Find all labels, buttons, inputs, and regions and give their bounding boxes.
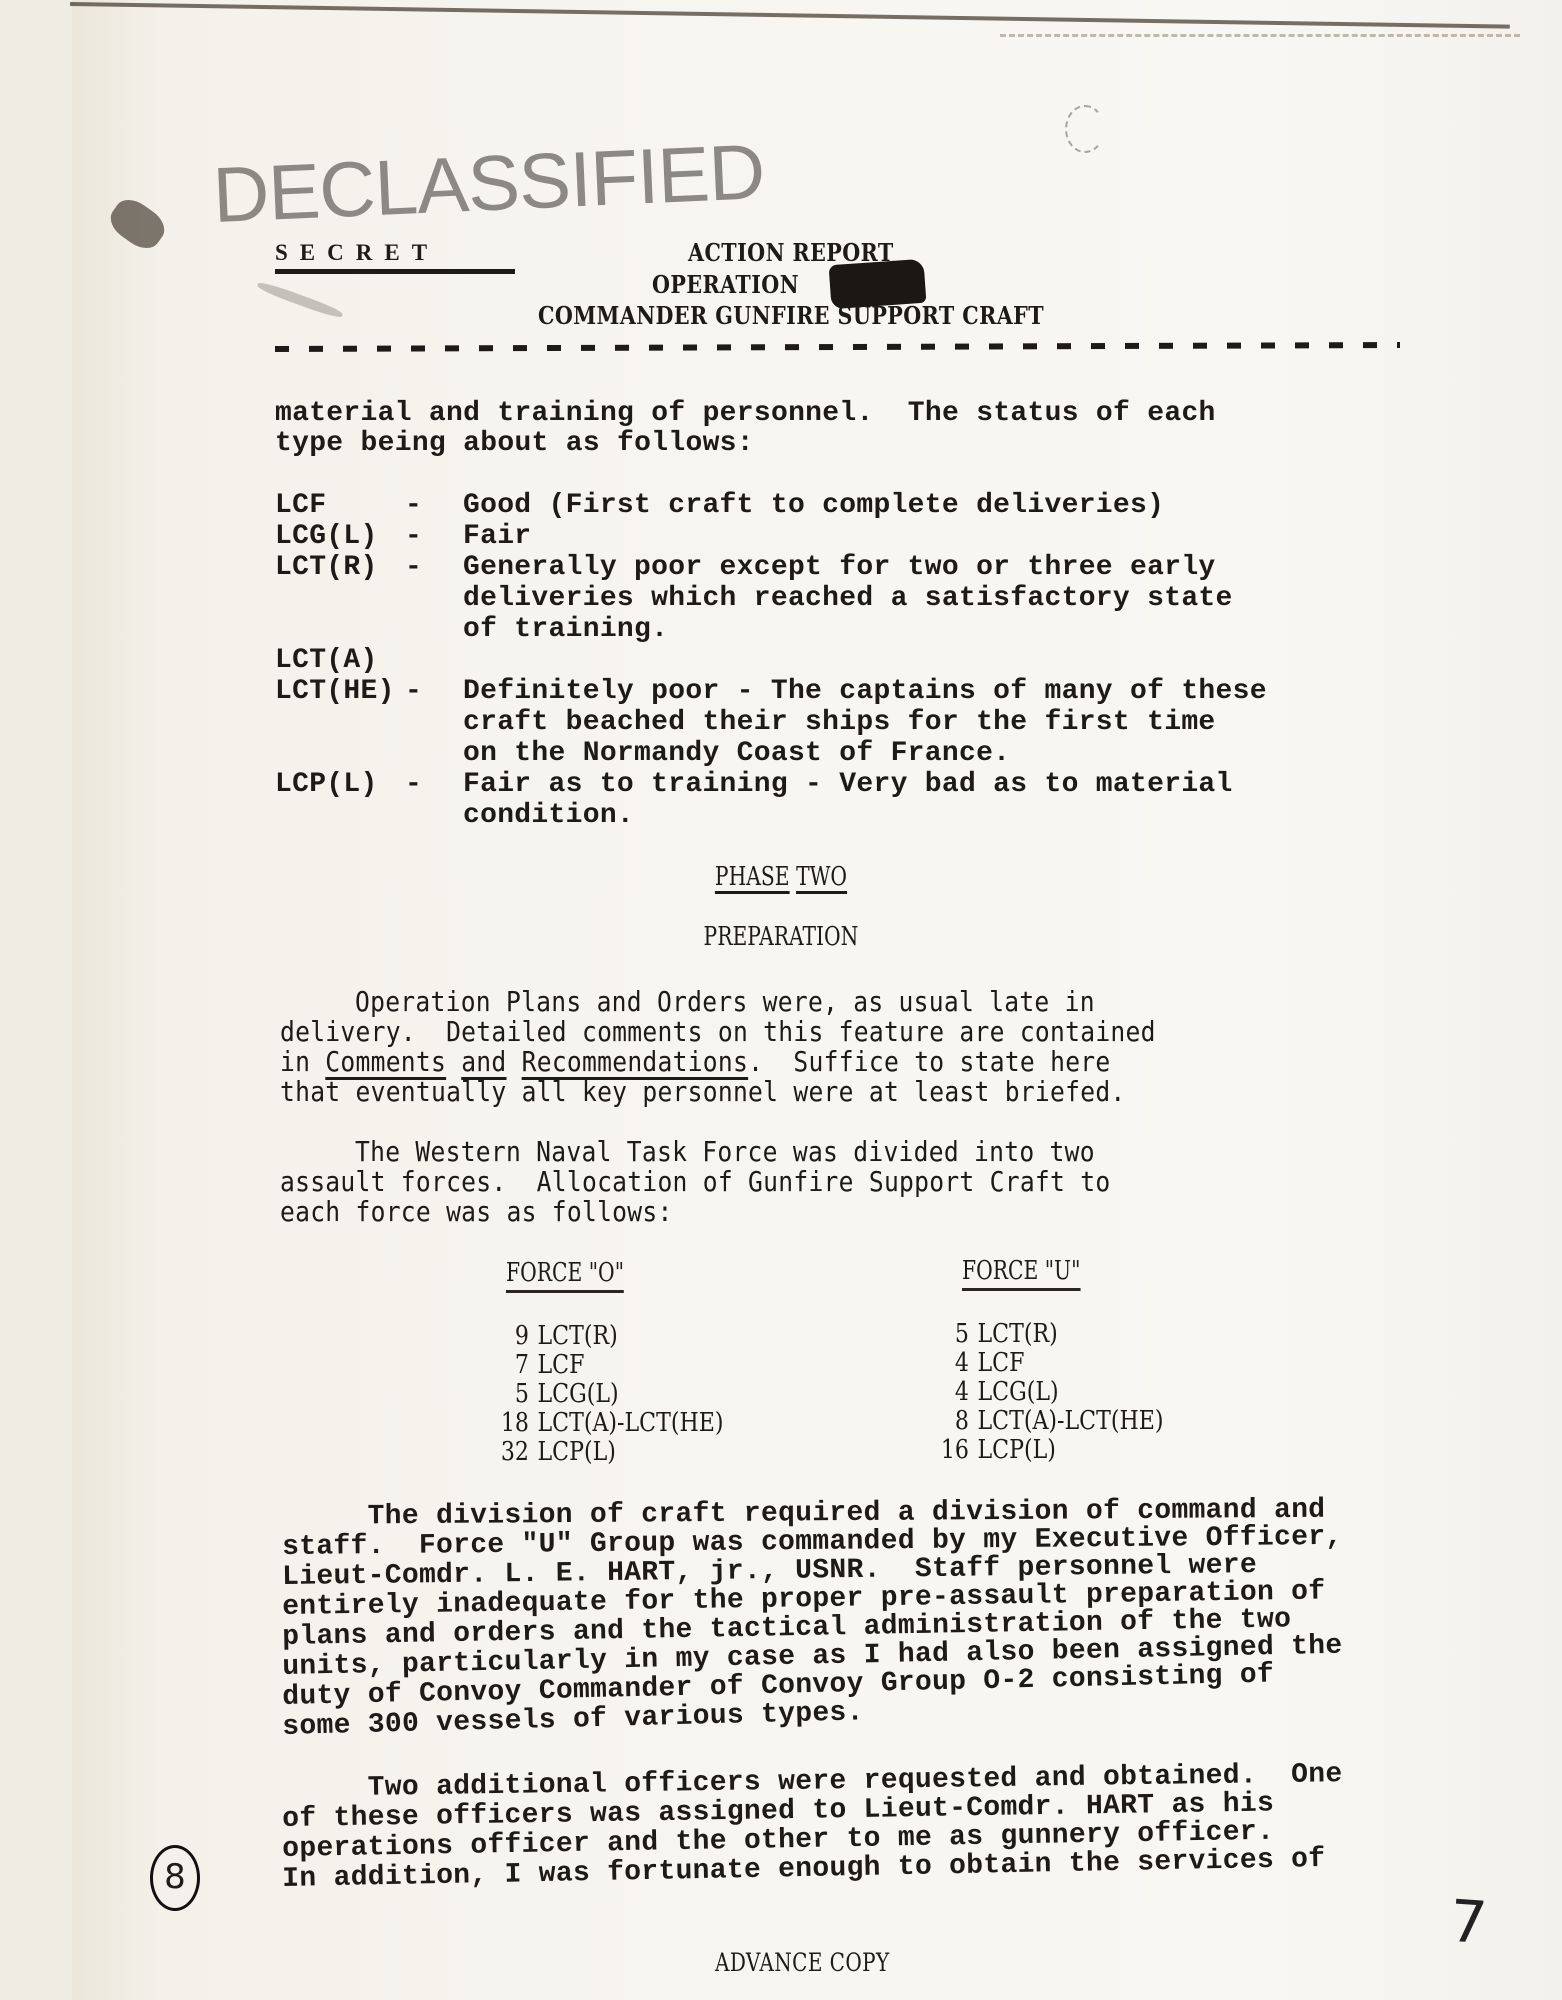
status-type: LCP(L) bbox=[275, 769, 378, 800]
status-separator: - bbox=[405, 676, 422, 707]
page-top-edge-faded bbox=[1000, 34, 1520, 40]
craft-quantity: 4 bbox=[935, 1378, 969, 1407]
advance-copy-label: ADVANCE COPY bbox=[715, 1948, 890, 1977]
craft-type: LCT(A)-LCT(HE) bbox=[978, 1406, 1164, 1436]
craft-type: LCT(R) bbox=[538, 1321, 618, 1351]
para2-line-2: assault forces. Allocation of Gunfire Su… bbox=[280, 1166, 1110, 1197]
force-item: 16LCP(L) bbox=[935, 1436, 1163, 1465]
header-command: COMMANDER GUNFIRE SUPPORT CRAFT bbox=[538, 301, 1044, 330]
status-description: Fair bbox=[463, 521, 531, 552]
force-item: 5LCT(R) bbox=[935, 1320, 1163, 1349]
status-separator: - bbox=[405, 769, 422, 800]
status-separator: - bbox=[405, 552, 422, 583]
para1-line-2: delivery. Detailed comments on this feat… bbox=[280, 1016, 1156, 1047]
punch-hole-mark bbox=[1065, 105, 1105, 153]
text: . Suffice to state here bbox=[748, 1045, 1110, 1078]
handwritten-page-number: 7 bbox=[1448, 1887, 1490, 1957]
craft-type: LCG(L) bbox=[978, 1377, 1059, 1407]
craft-quantity: 8 bbox=[935, 1407, 969, 1436]
craft-type: LCT(A)-LCT(HE) bbox=[538, 1408, 724, 1438]
phase-number: TWO bbox=[796, 862, 847, 892]
craft-quantity: 5 bbox=[495, 1380, 529, 1409]
force-u-heading: FORCE "U" bbox=[962, 1256, 1080, 1291]
craft-type: LCG(L) bbox=[538, 1379, 619, 1409]
para2-line-3: each force was as follows: bbox=[280, 1196, 673, 1227]
ref-and: and bbox=[461, 1045, 506, 1078]
craft-type: LCP(L) bbox=[978, 1435, 1056, 1465]
phase-heading: PHASE TWO bbox=[172, 862, 1390, 892]
status-description: of training. bbox=[463, 614, 668, 645]
force-item: 8LCT(A)-LCT(HE) bbox=[935, 1407, 1163, 1436]
craft-type: LCF bbox=[978, 1348, 1025, 1378]
status-type: LCT(R) bbox=[275, 552, 378, 583]
craft-type: LCT(R) bbox=[978, 1319, 1058, 1349]
classification-label: SECRET bbox=[275, 240, 515, 274]
intro-line-1: material and training of personnel. The … bbox=[275, 398, 1216, 429]
force-item: 4LCF bbox=[935, 1349, 1163, 1378]
craft-quantity: 9 bbox=[495, 1322, 529, 1351]
craft-quantity: 7 bbox=[495, 1351, 529, 1380]
circled-page-number: 8 bbox=[150, 1845, 200, 1911]
status-description: Good (First craft to complete deliveries… bbox=[463, 490, 1164, 521]
para1-line-4: that eventually all key personnel were a… bbox=[280, 1076, 1126, 1107]
force-item: 5LCG(L) bbox=[495, 1380, 723, 1409]
phase-word: PHASE bbox=[715, 862, 790, 892]
status-separator: - bbox=[405, 521, 422, 552]
craft-quantity: 18 bbox=[495, 1409, 529, 1438]
intro-line-2: type being about as follows: bbox=[275, 428, 754, 459]
text: in bbox=[280, 1045, 325, 1078]
para2-line-1: The Western Naval Task Force was divided… bbox=[355, 1136, 1095, 1167]
force-item: 9LCT(R) bbox=[495, 1322, 723, 1351]
status-description: Generally poor except for two or three e… bbox=[463, 552, 1216, 583]
craft-quantity: 5 bbox=[935, 1320, 969, 1349]
para1-line-3: in Comments and Recommendations. Suffice… bbox=[280, 1046, 1110, 1077]
force-u-list: 5LCT(R)4LCF4LCG(L)8LCT(A)-LCT(HE)16LCP(L… bbox=[935, 1320, 1163, 1465]
status-description: Definitely poor - The captains of many o… bbox=[463, 676, 1267, 707]
para1-line-1: Operation Plans and Orders were, as usua… bbox=[355, 986, 1095, 1017]
force-item: 4LCG(L) bbox=[935, 1378, 1163, 1407]
status-type: LCG(L) bbox=[275, 521, 378, 552]
status-type: LCT(A) bbox=[275, 645, 378, 676]
status-description: condition. bbox=[463, 800, 634, 831]
ref-recommendations: Recommendations bbox=[522, 1045, 748, 1078]
status-description: Fair as to training - Very bad as to mat… bbox=[463, 769, 1233, 800]
craft-type: LCP(L) bbox=[538, 1437, 616, 1467]
force-item: 32LCP(L) bbox=[495, 1438, 723, 1467]
status-separator: - bbox=[405, 490, 422, 521]
craft-type: LCF bbox=[538, 1350, 585, 1380]
status-description: craft beached their ships for the first … bbox=[463, 707, 1216, 738]
force-item: 18LCT(A)-LCT(HE) bbox=[495, 1409, 723, 1438]
force-o-heading: FORCE "O" bbox=[506, 1258, 624, 1293]
status-description: on the Normandy Coast of France. bbox=[463, 738, 1010, 769]
force-item: 7LCF bbox=[495, 1351, 723, 1380]
status-type: LCT(HE) bbox=[275, 676, 395, 707]
section-subtitle: PREPARATION bbox=[172, 922, 1390, 952]
craft-quantity: 16 bbox=[935, 1436, 969, 1465]
header-operation: OPERATION bbox=[652, 270, 799, 299]
force-o-list: 9LCT(R)7LCF5LCG(L)18LCT(A)-LCT(HE)32LCP(… bbox=[495, 1322, 723, 1467]
craft-quantity: 32 bbox=[495, 1438, 529, 1467]
ref-comments: Comments bbox=[325, 1045, 446, 1078]
status-description: deliveries which reached a satisfactory … bbox=[463, 583, 1233, 614]
status-type: LCF bbox=[275, 490, 326, 521]
craft-quantity: 4 bbox=[935, 1349, 969, 1378]
